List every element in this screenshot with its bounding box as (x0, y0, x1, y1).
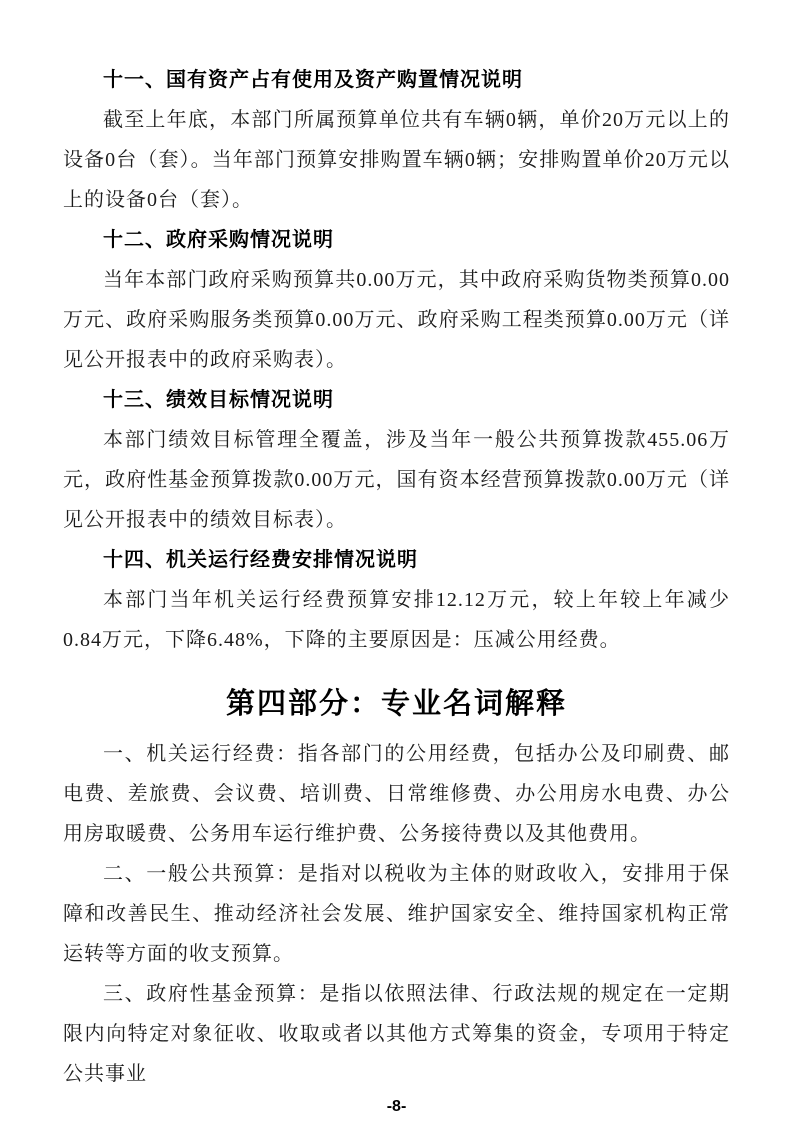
section-12-paragraph: 当年本部门政府采购预算共0.00万元，其中政府采购货物类预算0.00万元、政府采… (63, 260, 730, 380)
section-14-heading: 十四、机关运行经费安排情况说明 (63, 540, 730, 580)
page-footer: -8- (0, 1098, 793, 1116)
term-definition-2: 二、一般公共预算：是指对以税收为主体的财政收入，安排用于保障和改善民生、推动经济… (63, 854, 730, 974)
section-14-paragraph: 本部门当年机关运行经费预算安排12.12万元，较上年较上年减少0.84万元，下降… (63, 580, 730, 660)
term-definition-1: 一、机关运行经费：指各部门的公用经费，包括办公及印刷费、邮电费、差旅费、会议费、… (63, 734, 730, 854)
document-content: 十一、国有资产占有使用及资产购置情况说明 截至上年底，本部门所属预算单位共有车辆… (0, 0, 793, 1094)
section-12-heading: 十二、政府采购情况说明 (63, 220, 730, 260)
section-11-paragraph: 截至上年底，本部门所属预算单位共有车辆0辆，单价20万元以上的设备0台（套）。当… (63, 100, 730, 220)
page-number: -8- (387, 1098, 407, 1115)
document-page: 十一、国有资产占有使用及资产购置情况说明 截至上年底，本部门所属预算单位共有车辆… (0, 0, 793, 1122)
term-definition-3: 三、政府性基金预算：是指以依照法律、行政法规的规定在一定期限内向特定对象征收、收… (63, 974, 730, 1094)
section-13-heading: 十三、绩效目标情况说明 (63, 380, 730, 420)
section-11-heading: 十一、国有资产占有使用及资产购置情况说明 (63, 60, 730, 100)
part4-title: 第四部分：专业名词解释 (63, 674, 730, 734)
section-13-paragraph: 本部门绩效目标管理全覆盖，涉及当年一般公共预算拨款455.06万元，政府性基金预… (63, 420, 730, 540)
